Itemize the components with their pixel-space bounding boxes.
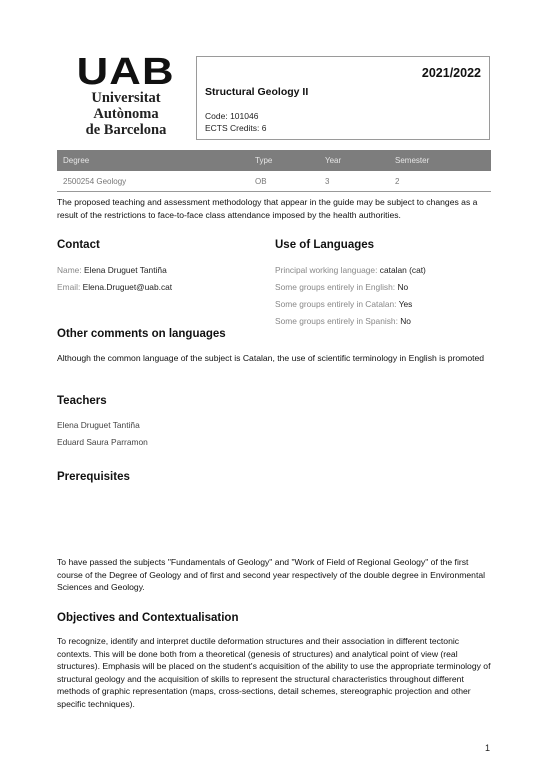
table-row: 2500254 Geology OB 3 2 bbox=[57, 171, 491, 192]
email-link[interactable]: Elena.Druguet@uab.cat bbox=[83, 282, 173, 292]
logo-name-line1: Universitat Autònoma bbox=[62, 90, 190, 122]
language-item: Principal working language: catalan (cat… bbox=[275, 265, 426, 276]
cell-year: 3 bbox=[319, 171, 389, 192]
column-header-degree: Degree bbox=[57, 150, 249, 171]
prerequisites-text: To have passed the subjects "Fundamental… bbox=[57, 556, 493, 594]
column-header-type: Type bbox=[249, 150, 319, 171]
language-value: No bbox=[400, 316, 411, 326]
contact-email: Email: Elena.Druguet@uab.cat bbox=[57, 282, 172, 293]
language-item: Some groups entirely in Spanish: No bbox=[275, 316, 411, 327]
teacher-name: Eduard Saura Parramon bbox=[57, 437, 148, 447]
academic-year: 2021/2022 bbox=[422, 66, 481, 80]
prerequisites-heading: Prerequisites bbox=[57, 471, 130, 483]
name-label: Name: bbox=[57, 265, 82, 275]
language-label: Some groups entirely in English: bbox=[275, 282, 395, 292]
other-comments-text: Although the common language of the subj… bbox=[57, 352, 493, 365]
ects-credits: ECTS Credits: 6 bbox=[205, 123, 266, 133]
name-value: Elena Druguet Tantiña bbox=[84, 265, 167, 275]
language-item: Some groups entirely in Catalan: Yes bbox=[275, 299, 412, 310]
degree-table: Degree Type Year Semester 2500254 Geolog… bbox=[57, 150, 491, 192]
ects-value: 6 bbox=[262, 123, 267, 133]
course-title: Structural Geology II bbox=[205, 86, 308, 98]
cell-semester: 2 bbox=[389, 171, 491, 192]
column-header-year: Year bbox=[319, 150, 389, 171]
objectives-heading: Objectives and Contextualisation bbox=[57, 612, 238, 624]
column-header-semester: Semester bbox=[389, 150, 491, 171]
ects-label: ECTS Credits: bbox=[205, 123, 259, 133]
course-header-box: 2021/2022 Structural Geology II Code: 10… bbox=[196, 56, 490, 140]
language-item: Some groups entirely in English: No bbox=[275, 282, 408, 293]
teachers-heading: Teachers bbox=[57, 395, 107, 407]
university-logo: UAB Universitat Autònoma de Barcelona bbox=[62, 54, 190, 138]
page-number: 1 bbox=[485, 743, 490, 753]
cell-degree: 2500254 Geology bbox=[57, 171, 249, 192]
languages-heading: Use of Languages bbox=[275, 239, 374, 251]
methodology-notice: The proposed teaching and assessment met… bbox=[57, 196, 493, 221]
contact-name: Name: Elena Druguet Tantiña bbox=[57, 265, 167, 276]
course-code: Code: 101046 bbox=[205, 111, 258, 121]
cell-type: OB bbox=[249, 171, 319, 192]
language-value: catalan (cat) bbox=[380, 265, 426, 275]
language-value: No bbox=[397, 282, 408, 292]
objectives-text: To recognize, identify and interpret duc… bbox=[57, 635, 493, 710]
code-label: Code: bbox=[205, 111, 228, 121]
language-label: Some groups entirely in Spanish: bbox=[275, 316, 398, 326]
logo-mark: UAB bbox=[77, 54, 175, 90]
language-label: Some groups entirely in Catalan: bbox=[275, 299, 397, 309]
contact-heading: Contact bbox=[57, 239, 100, 251]
code-value: 101046 bbox=[230, 111, 258, 121]
teacher-name: Elena Druguet Tantiña bbox=[57, 420, 140, 430]
email-label: Email: bbox=[57, 282, 80, 292]
other-comments-heading: Other comments on languages bbox=[57, 328, 226, 340]
language-label: Principal working language: bbox=[275, 265, 377, 275]
language-value: Yes bbox=[399, 299, 413, 309]
table-header-row: Degree Type Year Semester bbox=[57, 150, 491, 171]
logo-name-line2: de Barcelona bbox=[62, 122, 190, 138]
